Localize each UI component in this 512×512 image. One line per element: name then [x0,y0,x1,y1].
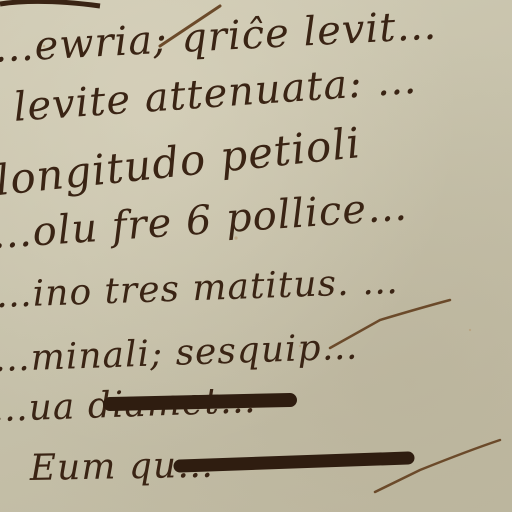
manuscript-line-5: …ino tres matitus. … [0,261,400,316]
manuscript-page: …ewria; qriĉe levit… levite attenuata: …… [0,0,512,512]
strikethrough-1 [110,400,290,404]
manuscript-ink: …ewria; qriĉe levit… levite attenuata: …… [0,0,512,512]
cutoff-ink-top [0,1,100,6]
flourish-bottom [375,440,500,492]
manuscript-line-6: …minali; sesquip… [0,326,359,380]
strikethrough-2 [180,458,408,466]
paper-speck [469,329,471,331]
